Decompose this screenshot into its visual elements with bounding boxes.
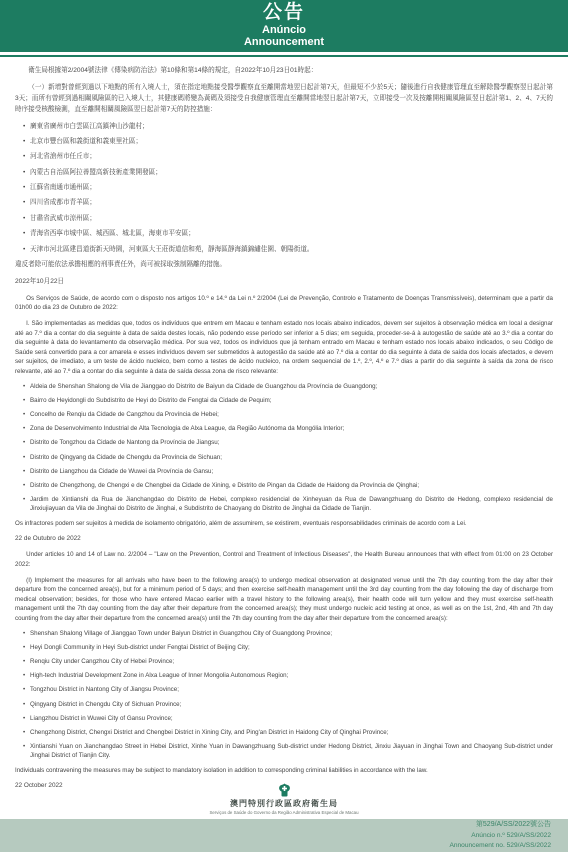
- list-item: Aldeia de Shenshan Shalong de Vila de Ji…: [23, 383, 553, 392]
- list-item: Renqiu City under Cangzhou City of Hebei…: [23, 658, 553, 667]
- zh-paragraph-1: （一）新增對曾經到過以下地點的所有入境人士，須在指定地點接受醫學觀察直至離開當地…: [15, 83, 553, 116]
- zh-warning: 違反者除可能依法承擔相應的刑事責任外，尚可被採取強制隔離的措施。: [15, 260, 553, 271]
- list-item: 青海省西寧市城中區、城西區、城北區，海東市平安區；: [23, 229, 553, 239]
- list-item: Tongzhou District in Nantong City of Jia…: [23, 686, 553, 695]
- list-item: Qingyang District in Chengdu City of Sic…: [23, 701, 553, 710]
- list-item: 江蘇省南通市通州區；: [23, 183, 553, 193]
- list-item: Liangzhou District in Wuwei City of Gans…: [23, 715, 553, 724]
- health-bureau-logo-icon: [277, 783, 292, 797]
- list-item: Chengzhong District, Chengxi District an…: [23, 729, 553, 738]
- list-item: Jardim de Xintianshi da Rua de Jianchang…: [23, 496, 553, 513]
- announcement-document: 公告 Anúncio Announcement 衛生局根據第2/2004號法律《…: [0, 0, 568, 852]
- list-item: Distrito de Qingyang da Cidade de Chengd…: [23, 454, 553, 463]
- list-item: 北京市豐台區和義街道和義東里社區；: [23, 137, 553, 147]
- en-warning: Individuals contravening the measures ma…: [15, 766, 553, 776]
- pt-paragraph-1: I. São implementadas as medidas que, tod…: [15, 319, 553, 377]
- list-item: 內蒙古自治區阿拉善盟高新技術產業開發區；: [23, 168, 553, 178]
- reference-band: 第529/A/SS/2022號公告 Anúncio n.º 529/A/SS/2…: [0, 819, 568, 852]
- list-item: Shenshan Shalong Village of Jianggao Tow…: [23, 630, 553, 639]
- list-item: Bairro de Heyidongli do Subdistrito de H…: [23, 397, 553, 406]
- zh-place-list: 廣東省廣州市白雲區江高鎮神山沙龍村； 北京市豐台區和義街道和義東里社區； 河北省…: [15, 122, 553, 255]
- list-item: Xintianshi Yuan on Jianchangdao Street i…: [23, 743, 553, 760]
- reference-number-chinese: 第529/A/SS/2022號公告: [476, 820, 551, 831]
- title-portuguese: Anúncio: [262, 25, 306, 37]
- issuer-name-portuguese: Serviços de Saúde do Governo da Região A…: [209, 810, 358, 815]
- section-english: Under articles 10 and 14 of Law no. 2/20…: [15, 550, 553, 791]
- pt-date: 22 de Outubro de 2022: [15, 534, 553, 544]
- list-item: Distrito de Liangzhou da Cidade de Wuwei…: [23, 468, 553, 477]
- en-paragraph-1: (I) Implement the measures for all arriv…: [15, 576, 553, 624]
- list-item: Heyi Dongli Community in Heyi Sub-distri…: [23, 644, 553, 653]
- title-chinese: 公告: [263, 3, 305, 23]
- en-intro: Under articles 10 and 14 of Law no. 2/20…: [15, 550, 553, 569]
- zh-intro: 衛生局根據第2/2004號法律《傳染病防治法》第10條和第14條的規定，自202…: [15, 66, 553, 77]
- zh-date: 2022年10月22日: [15, 277, 553, 288]
- list-item: Distrito de Chengzhong, de Chengxi e de …: [23, 482, 553, 491]
- pt-place-list: Aldeia de Shenshan Shalong de Vila de Ji…: [15, 383, 553, 514]
- list-item: 天津市河北區建昌道街新天時園，河東區大王莊街道信和苑，靜海區靜海鎮錦繡佳園、朝陽…: [23, 245, 553, 255]
- document-body: 衛生局根據第2/2004號法律《傳染病防治法》第10條和第14條的規定，自202…: [0, 57, 568, 791]
- list-item: High-tech Industrial Development Zone in…: [23, 672, 553, 681]
- list-item: 廣東省廣州市白雲區江高鎮神山沙龍村；: [23, 122, 553, 132]
- issuer-block: 澳門特別行政區政府衛生局 Serviços de Saúde do Govern…: [0, 783, 568, 815]
- pt-intro: Os Serviços de Saúde, de acordo com o di…: [15, 294, 553, 313]
- section-chinese: 衛生局根據第2/2004號法律《傳染病防治法》第10條和第14條的規定，自202…: [15, 66, 553, 288]
- reference-number-english: Announcement no. 529/A/SS/2022: [449, 841, 551, 851]
- list-item: 河北省滄州市任丘市；: [23, 152, 553, 162]
- list-item: 四川省成都市青羊區；: [23, 198, 553, 208]
- pt-warning: Os infractores podem ser sujeitos à medi…: [15, 519, 553, 529]
- reference-number-portuguese: Anúncio n.º 529/A/SS/2022: [471, 831, 551, 841]
- section-portuguese: Os Serviços de Saúde, de acordo com o di…: [15, 294, 553, 545]
- list-item: Distrito de Tongzhou da Cidade de Nanton…: [23, 439, 553, 448]
- list-item: Zona de Desenvolvimento Industrial de Al…: [23, 425, 553, 434]
- header-banner: 公告 Anúncio Announcement: [0, 0, 568, 52]
- title-english: Announcement: [244, 37, 324, 49]
- en-place-list: Shenshan Shalong Village of Jianggao Tow…: [15, 630, 553, 761]
- list-item: Concelho de Renqiu da Cidade de Cangzhou…: [23, 411, 553, 420]
- list-item: 甘肅省武威市涼州區；: [23, 214, 553, 224]
- issuer-name-chinese: 澳門特別行政區政府衛生局: [230, 798, 338, 809]
